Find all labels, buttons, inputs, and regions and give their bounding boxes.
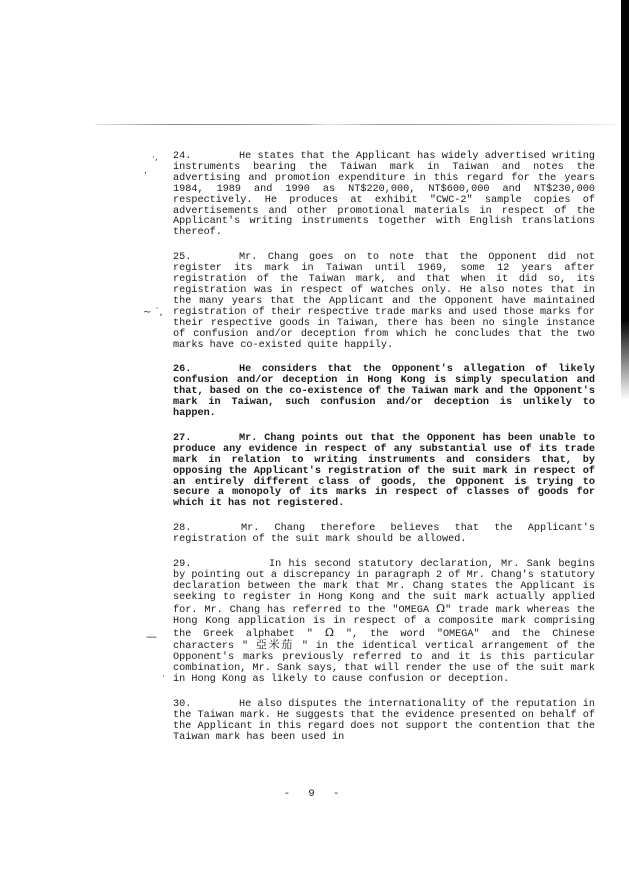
margin-mark: ·: [162, 672, 165, 682]
margin-mark: ·,: [152, 153, 158, 163]
paragraph-24: 24.He states that the Applicant has wide…: [173, 152, 595, 239]
page-number: - 9 -: [0, 788, 629, 800]
paragraph-26: 26.He considers that the Opponent's alle…: [173, 365, 595, 420]
omega-icon: Ω: [436, 602, 445, 615]
paragraph-30: 30.He also disputes the internationality…: [173, 700, 595, 744]
margin-mark: ~ ˙,: [143, 307, 163, 318]
omega-icon: Ω: [325, 626, 334, 639]
scan-edge-shadow: [621, 0, 629, 400]
margin-mark: ,: [144, 166, 147, 176]
paragraph-29: 29.In his second statutory declaration, …: [173, 560, 595, 686]
paragraph-text: Mr. Chang goes on to note that the Oppon…: [173, 252, 595, 350]
paragraph-28: 28.Mr. Chang therefore believes that the…: [173, 524, 595, 546]
header-rule: [95, 124, 615, 125]
paragraph-text: Mr. Chang points out that the Opponent h…: [173, 433, 595, 509]
document-body: 24.He states that the Applicant has wide…: [173, 152, 595, 758]
paragraph-27: 27.Mr. Chang points out that the Opponen…: [173, 434, 595, 510]
chinese-characters-icon: 亞米茄: [256, 638, 294, 651]
margin-mark: —: [146, 630, 157, 643]
paragraph-25: 25.Mr. Chang goes on to note that the Op…: [173, 253, 595, 351]
paragraph-text: He states that the Applicant has widely …: [173, 151, 595, 238]
